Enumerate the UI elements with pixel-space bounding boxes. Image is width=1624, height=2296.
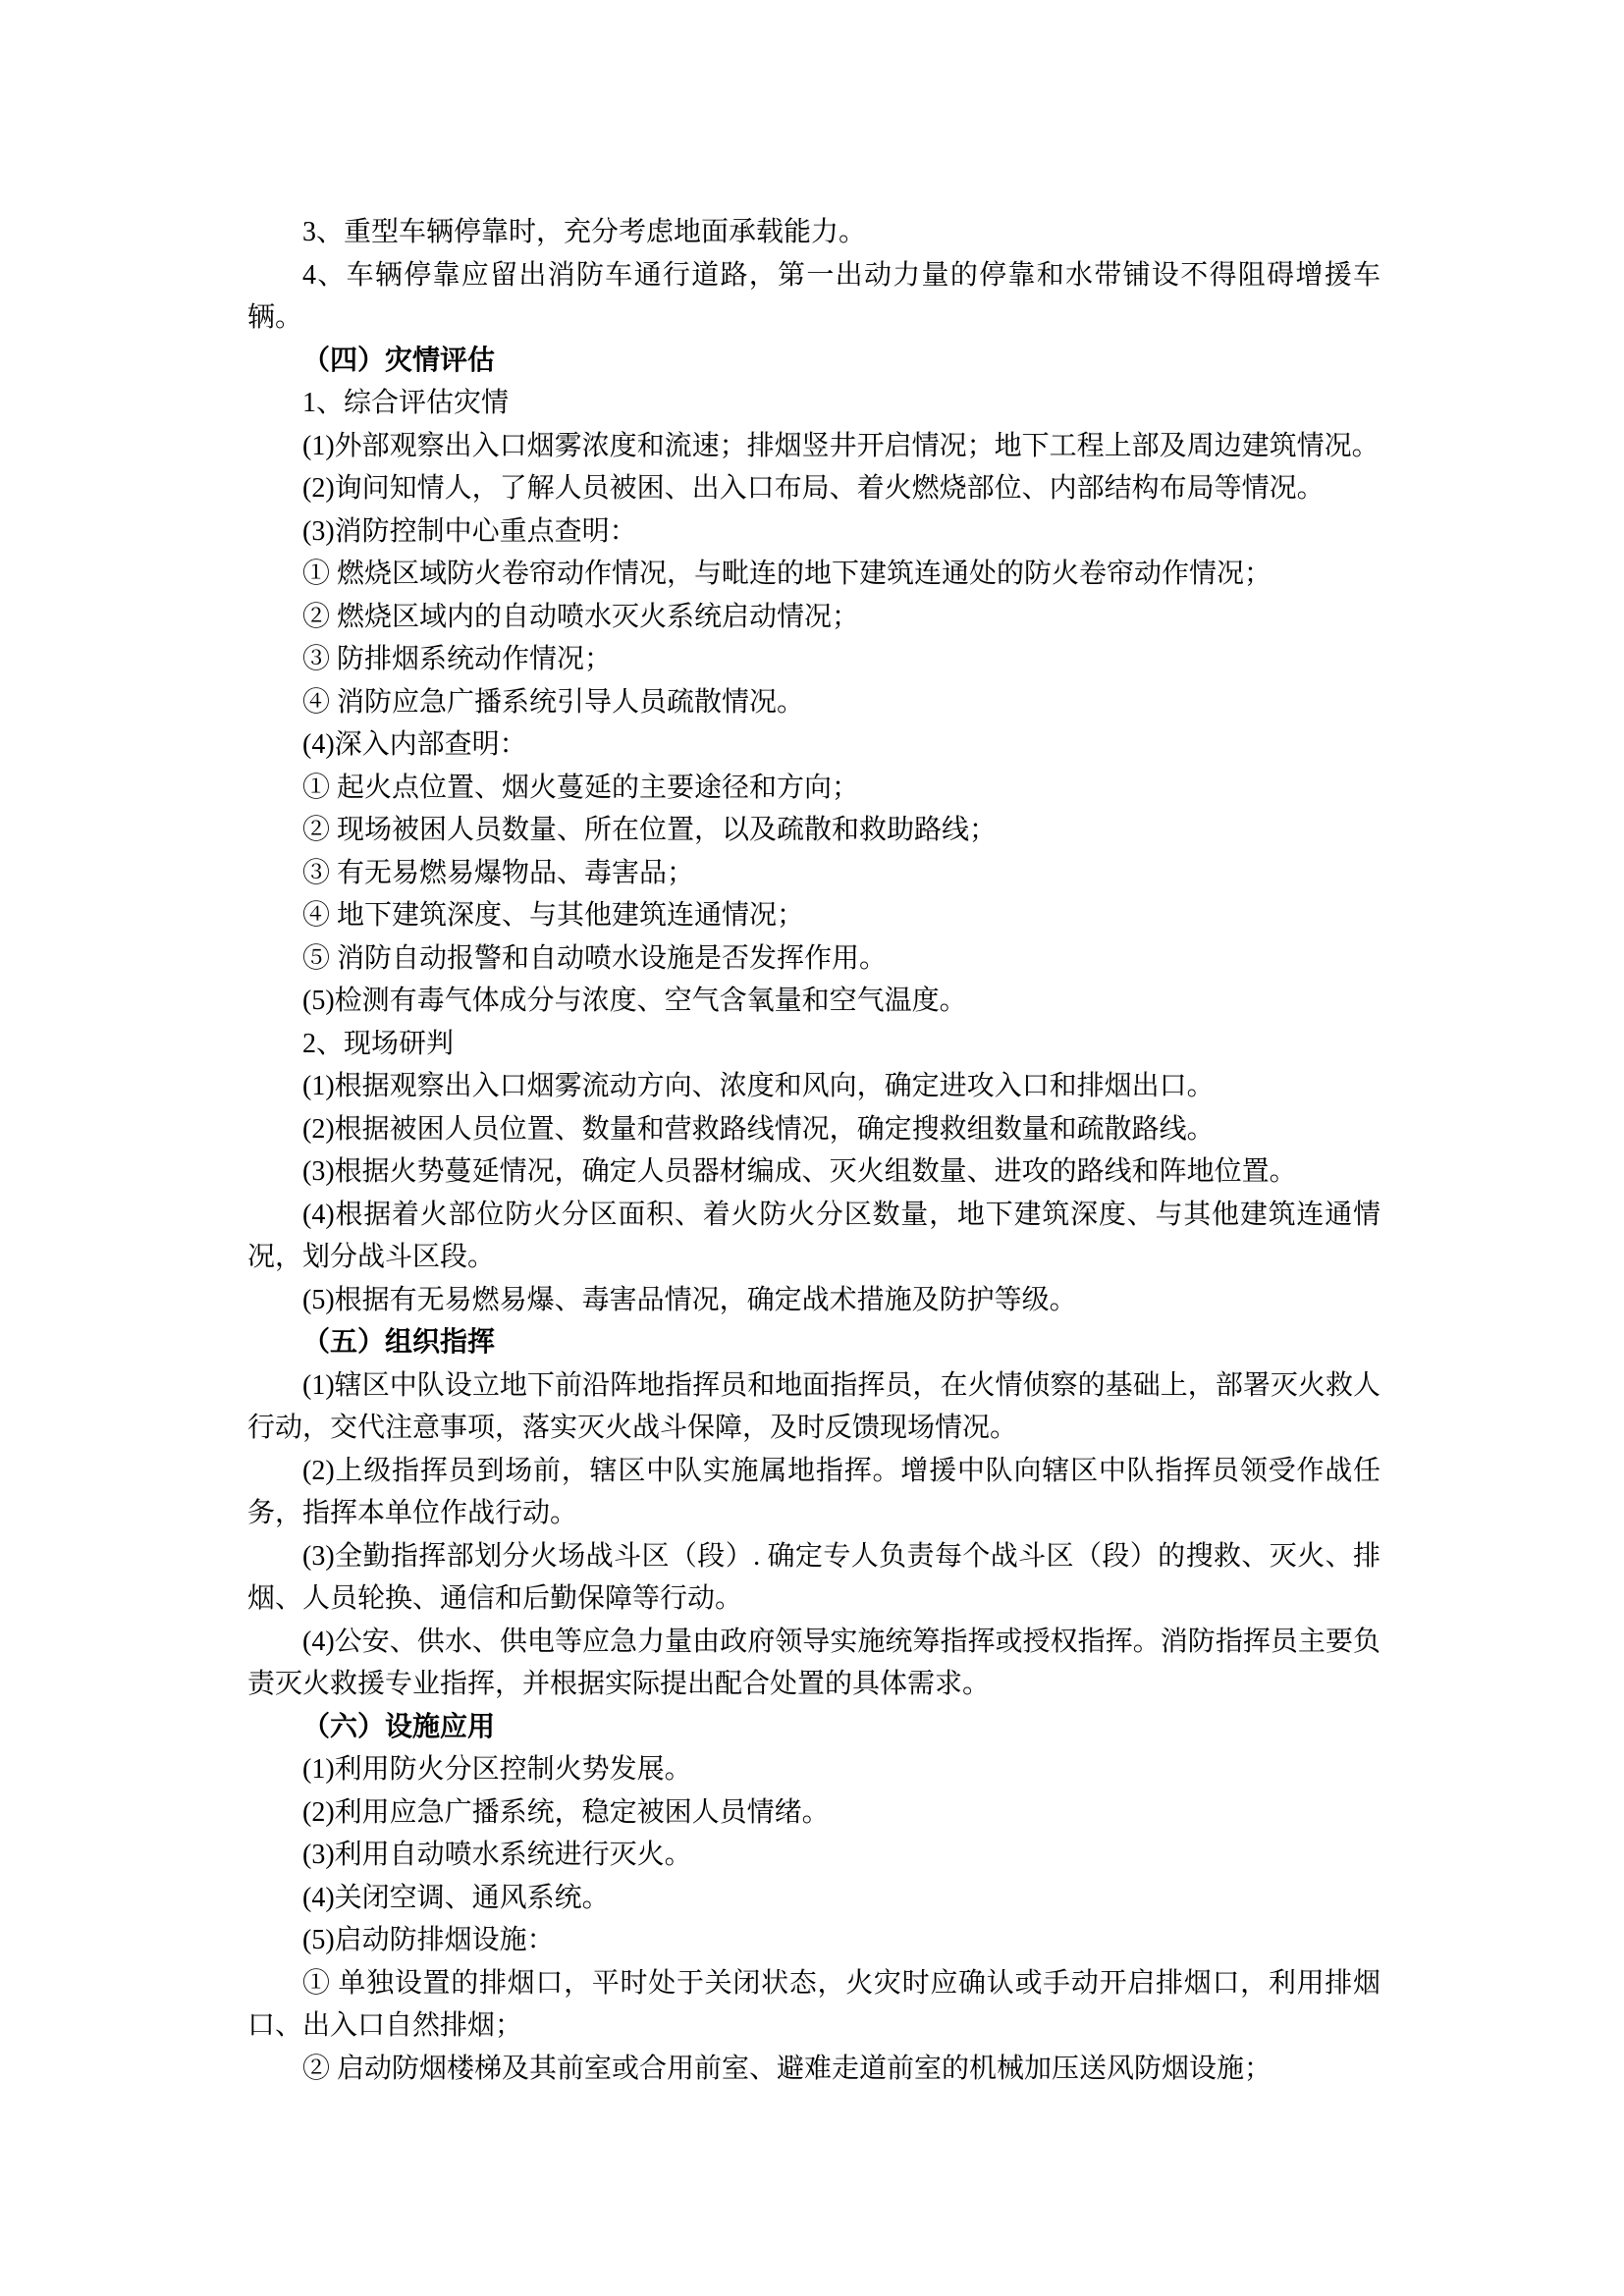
paragraph: ③ 防排烟系统动作情况； xyxy=(247,638,1380,681)
paragraph: (3)利用自动喷水系统进行灭火。 xyxy=(247,1834,1380,1877)
paragraph: ① 单独设置的排烟口，平时处于关闭状态，火灾时应确认或手动开启排烟口，利用排烟口… xyxy=(247,1962,1380,2048)
paragraph: (4)深入内部查明： xyxy=(247,723,1380,767)
paragraph: (5)检测有毒气体成分与浓度、空气含氧量和空气温度。 xyxy=(247,980,1380,1023)
paragraph: ④ 消防应急广播系统引导人员疏散情况。 xyxy=(247,681,1380,724)
paragraph: ② 燃烧区域内的自动喷水灭火系统启动情况； xyxy=(247,596,1380,639)
paragraph: (4)公安、供水、供电等应急力量由政府领导实施统筹指挥或授权指挥。消防指挥员主要… xyxy=(247,1621,1380,1706)
section-heading: （六）设施应用 xyxy=(247,1706,1380,1749)
paragraph: (2)利用应急广播系统，稳定被困人员情绪。 xyxy=(247,1791,1380,1835)
paragraph: ① 起火点位置、烟火蔓延的主要途径和方向； xyxy=(247,767,1380,810)
paragraph: ① 燃烧区域防火卷帘动作情况，与毗连的地下建筑连通处的防火卷帘动作情况； xyxy=(247,553,1380,596)
paragraph: 3、重型车辆停靠时，充分考虑地面承载能力。 xyxy=(247,211,1380,254)
paragraph: (1)外部观察出入口烟雾浓度和流速；排烟竖井开启情况；地下工程上部及周边建筑情况… xyxy=(247,425,1380,468)
paragraph: 2、现场研判 xyxy=(247,1023,1380,1066)
paragraph: ③ 有无易燃易爆物品、毒害品； xyxy=(247,852,1380,895)
section-heading: （五）组织指挥 xyxy=(247,1321,1380,1364)
paragraph: (3)消防控制中心重点查明： xyxy=(247,510,1380,554)
paragraph: ② 现场被困人员数量、所在位置，以及疏散和救助路线； xyxy=(247,809,1380,852)
document-body: 3、重型车辆停靠时，充分考虑地面承载能力。4、车辆停靠应留出消防车通行道路，第一… xyxy=(247,211,1380,2090)
paragraph: (1)辖区中队设立地下前沿阵地指挥员和地面指挥员，在火情侦察的基础上，部署灭火救… xyxy=(247,1364,1380,1450)
paragraph: (3)全勤指挥部划分火场战斗区（段）. 确定专人负责每个战斗区（段）的搜救、灭火… xyxy=(247,1535,1380,1621)
paragraph: (2)上级指挥员到场前，辖区中队实施属地指挥。增援中队向辖区中队指挥员领受作战任… xyxy=(247,1450,1380,1535)
paragraph: (5)启动防排烟设施： xyxy=(247,1919,1380,1962)
paragraph: (4)关闭空调、通风系统。 xyxy=(247,1877,1380,1920)
paragraph: (2)询问知情人，了解人员被困、出入口布局、着火燃烧部位、内部结构布局等情况。 xyxy=(247,467,1380,510)
paragraph: (1)利用防火分区控制火势发展。 xyxy=(247,1748,1380,1791)
paragraph: 4、车辆停靠应留出消防车通行道路，第一出动力量的停靠和水带铺设不得阻碍增援车辆。 xyxy=(247,254,1380,340)
paragraph: ⑤ 消防自动报警和自动喷水设施是否发挥作用。 xyxy=(247,937,1380,981)
paragraph: (1)根据观察出入口烟雾流动方向、浓度和风向，确定进攻入口和排烟出口。 xyxy=(247,1065,1380,1108)
document-page: 3、重型车辆停靠时，充分考虑地面承载能力。4、车辆停靠应留出消防车通行道路，第一… xyxy=(0,0,1624,2296)
paragraph: ② 启动防烟楼梯及其前室或合用前室、避难走道前室的机械加压送风防烟设施； xyxy=(247,2048,1380,2091)
paragraph: (3)根据火势蔓延情况，确定人员器材编成、灭火组数量、进攻的路线和阵地位置。 xyxy=(247,1150,1380,1194)
paragraph: ④ 地下建筑深度、与其他建筑连通情况； xyxy=(247,894,1380,937)
section-heading: （四）灾情评估 xyxy=(247,340,1380,383)
paragraph: 1、综合评估灾情 xyxy=(247,382,1380,425)
paragraph: (2)根据被困人员位置、数量和营救路线情况，确定搜救组数量和疏散路线。 xyxy=(247,1108,1380,1151)
paragraph: (4)根据着火部位防火分区面积、着火防火分区数量，地下建筑深度、与其他建筑连通情… xyxy=(247,1194,1380,1279)
paragraph: (5)根据有无易燃易爆、毒害品情况，确定战术措施及防护等级。 xyxy=(247,1279,1380,1322)
